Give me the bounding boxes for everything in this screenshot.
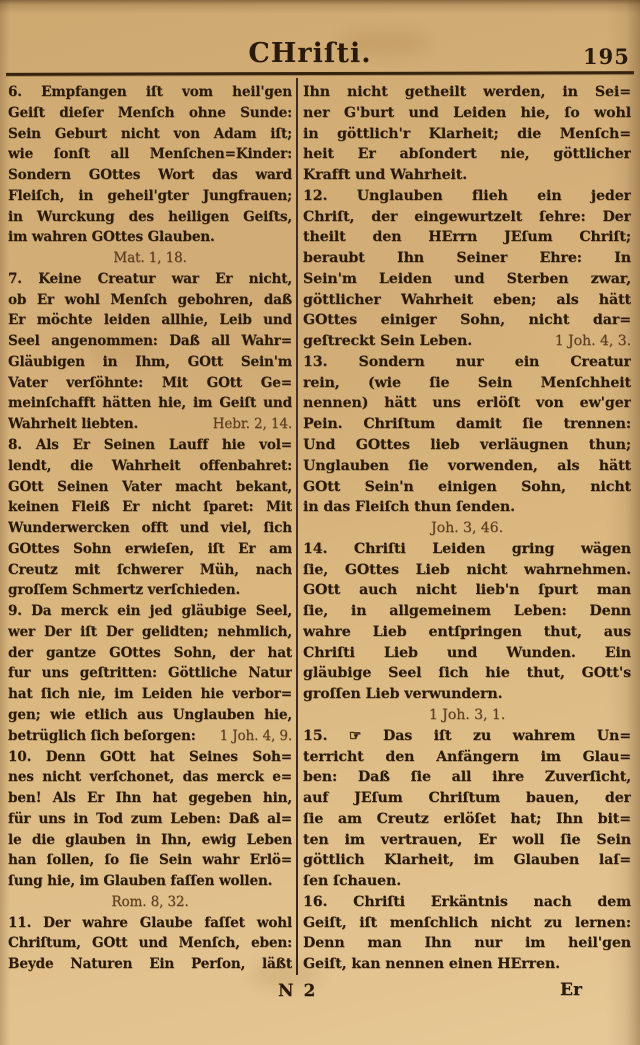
text-line: Geiſt, iſt menſchlich nicht zu lernen: xyxy=(303,913,631,934)
text-line: Creutz mit ſchwerer Müh, nach xyxy=(8,560,292,581)
scripture-citation: Hebr. 2, 14. xyxy=(213,414,292,435)
text-line: hat ſich nie, im Leiden hie verbor= xyxy=(8,684,292,705)
text-line: 7. Keine Creatur war Er nicht, xyxy=(8,269,292,290)
scripture-citation: 1 Joh. 4, 3. xyxy=(555,331,631,352)
text-line: groſſen Lieb verwundern. xyxy=(303,684,631,705)
text-line: 15. ☞ Das iſt zu wahrem Un= xyxy=(303,726,631,747)
text-line: Ihn nicht getheilt werden, in Sei= xyxy=(303,82,631,103)
text-line: 11. Der wahre Glaube faſſet wohl xyxy=(8,913,292,934)
running-head-title: CHriſti. xyxy=(150,38,470,69)
text-line: keinen Fleiß Er nicht ſparet: Mit xyxy=(8,497,292,518)
text-line: in göttlich'r Klarheit; die Menſch= xyxy=(303,124,631,145)
text-line: Fleiſch, in geheil'gter Jungfrauen; xyxy=(8,186,292,207)
text-line: Chriſti Lieb und Wunden. Ein xyxy=(303,643,631,664)
text-line: 8. Als Er Seinen Lauff hie vol= xyxy=(8,435,292,456)
text-line: Chriſt, der eingewurtzelt ſehre: Der xyxy=(303,207,631,228)
text-line: in das Fleiſch thun ſenden. xyxy=(303,497,631,518)
text-line: Gläubigen in Ihm, GOtt Sein'm xyxy=(8,352,292,373)
text-line: im wahren GOttes Glauben. xyxy=(8,227,292,248)
text-line: 10. Denn GOtt hat Seines Soh= xyxy=(8,747,292,768)
text-line: Unglauben ſie vorwenden, als hätt xyxy=(303,456,631,477)
text-line: ben: Daß ſie all ihre Zuverſicht, xyxy=(303,767,631,788)
text-line: lendt, die Wahrheit offenbahret: xyxy=(8,456,292,477)
scripture-citation: Mat. 1, 18. xyxy=(8,248,292,269)
text-line: Geiſt dieſer Menſch ohne Sunde: xyxy=(8,103,292,124)
text-line: 9. Da merck ein jed gläubige Seel, xyxy=(8,601,292,622)
text-column-right: Ihn nicht getheilt werden, in Sei=ner G'… xyxy=(303,82,631,975)
text-line: GOtt auch nicht lieb'n ſpurt man xyxy=(303,580,631,601)
text-line: betrüglich ſich beſorgen: xyxy=(8,726,196,747)
text-line: göttlicher Wahrheit eben; als hätt xyxy=(303,290,631,311)
text-line: ner G'burt und Leiden hie, ſo wohl xyxy=(303,103,631,124)
text-line: wahre Lieb entſpringen thut, aus xyxy=(303,622,631,643)
text-line: wer Der iſt Der gelidten; nehmlich, xyxy=(8,622,292,643)
text-line: nes nicht verſchonet, das merck e= xyxy=(8,767,292,788)
text-line: 6. Empfangen iſt vom heil'gen xyxy=(8,82,292,103)
scripture-citation: Rom. 8, 32. xyxy=(8,892,292,913)
signature-mark: N 2 xyxy=(278,981,315,1001)
text-line: geſtreckt Sein Leben.1 Joh. 4, 3. xyxy=(303,331,631,352)
book-page-scan: CHriſti. 195 6. Empfangen iſt vom heil'g… xyxy=(0,0,640,1045)
text-line: groſſem Schmertz verſchieden. xyxy=(8,580,292,601)
text-line: Krafft und Wahrheit. xyxy=(303,165,631,186)
text-line: ben! Als Er Ihn hat gegeben hin, xyxy=(8,788,292,809)
text-line: betrüglich ſich beſorgen:1 Joh. 4, 9. xyxy=(8,726,292,747)
text-line: GOtt Seinen Vater macht bekant, xyxy=(8,477,292,498)
text-line: gen; wie etlich aus Unglauben hie, xyxy=(8,705,292,726)
text-line: in Wurckung des heiligen Geiſts, xyxy=(8,207,292,228)
text-line: terricht den Anfängern im Glau= xyxy=(303,747,631,768)
text-line: Vater verſöhnte: Mit GOtt Ge= xyxy=(8,373,292,394)
text-line: meinſchafft hätten hie, im Geiſt und xyxy=(8,393,292,414)
text-column-left: 6. Empfangen iſt vom heil'genGeiſt dieſe… xyxy=(8,82,292,975)
text-line: Er möchte leiden allhie, Leib und xyxy=(8,310,292,331)
text-line: gläubige Seel ſich hie thut, GOtt's xyxy=(303,663,631,684)
text-line: Beyde Naturen Ein Perſon, läßt xyxy=(8,954,292,975)
catchword: Er xyxy=(560,980,582,1000)
text-line: ſung hie, im Glauben faſſen wollen. xyxy=(8,871,292,892)
text-line: auf JEſum Chriſtum bauen, der xyxy=(303,788,631,809)
text-line: GOttes Sohn erwieſen, iſt Er am xyxy=(8,539,292,560)
column-divider-rule xyxy=(296,78,298,975)
text-line: Sein'm Leiden und Sterben zwar, xyxy=(303,269,631,290)
text-line: 12. Unglauben flieh ein jeder xyxy=(303,186,631,207)
header-rule xyxy=(6,71,634,76)
text-line: 16. Chriſti Erkäntnis nach dem xyxy=(303,892,631,913)
text-line: le die glauben in Ihn, ewig Leben xyxy=(8,830,292,851)
scripture-citation: Joh. 3, 46. xyxy=(303,518,631,539)
page-number: 195 xyxy=(583,44,630,69)
text-line: ſie, in allgemeinem Leben: Denn xyxy=(303,601,631,622)
text-line: ſen ſchauen. xyxy=(303,871,631,892)
text-line: rein, (wie ſie Sein Menſchheit xyxy=(303,373,631,394)
text-line: geſtreckt Sein Leben. xyxy=(303,331,472,352)
text-line: fur uns geſtritten: Göttliche Natur xyxy=(8,663,292,684)
text-line: Seel angenommen: Daß all Wahr= xyxy=(8,331,292,352)
text-line: ten im vertrauen, Er woll ſie Sein xyxy=(303,830,631,851)
text-line: 14. Chriſti Leiden gring wägen xyxy=(303,539,631,560)
scripture-citation: 1 Joh. 4, 9. xyxy=(220,726,292,747)
scripture-citation: 1 Joh. 3, 1. xyxy=(303,705,631,726)
text-line: beraubt Ihn Seiner Ehre: In xyxy=(303,248,631,269)
text-line: Wunderwercken offt und viel, ſich xyxy=(8,518,292,539)
text-line: Pein. Chriſtum damit ſie trennen: xyxy=(303,414,631,435)
text-line: ob Er wohl Menſch gebohren, daß xyxy=(8,290,292,311)
text-line: GOttes einiger Sohn, nicht dar= xyxy=(303,310,631,331)
text-line: ſie, GOttes Lieb nicht wahrnehmen. xyxy=(303,560,631,581)
text-line: Sein Geburt nicht von Adam iſt; xyxy=(8,124,292,145)
text-line: Und GOttes lieb verläugnen thun; xyxy=(303,435,631,456)
text-line: nennen) hätt uns erlöſt von ew'ger xyxy=(303,393,631,414)
text-line: göttlich Klarheit, im Glauben laſ= xyxy=(303,850,631,871)
text-line: wie ſonſt all Menſchen=Kinder: xyxy=(8,144,292,165)
text-line: für uns in Tod zum Leben: Daß al= xyxy=(8,809,292,830)
text-line: Wahrheit liebten. xyxy=(8,414,138,435)
text-line: heit Er abſondert nie, göttlicher xyxy=(303,144,631,165)
text-line: Geiſt, kan nennen einen HErren. xyxy=(303,954,631,975)
text-line: han ſollen, ſo ſie Sein wahr Erlö= xyxy=(8,850,292,871)
text-line: Wahrheit liebten.Hebr. 2, 14. xyxy=(8,414,292,435)
text-line: der gantze GOttes Sohn, der hat xyxy=(8,643,292,664)
text-line: GOtt Sein'n einigen Sohn, nicht xyxy=(303,477,631,498)
text-line: Denn man Ihn nur im heil'gen xyxy=(303,933,631,954)
text-line: Sondern GOttes Wort das ward xyxy=(8,165,292,186)
text-line: theilt den HErrn JEſum Chriſt; xyxy=(303,227,631,248)
text-line: 13. Sondern nur ein Creatur xyxy=(303,352,631,373)
text-line: ſie am Creutz erlöſet hat; Ihn bit= xyxy=(303,809,631,830)
text-line: Chriſtum, GOtt und Menſch, eben: xyxy=(8,933,292,954)
